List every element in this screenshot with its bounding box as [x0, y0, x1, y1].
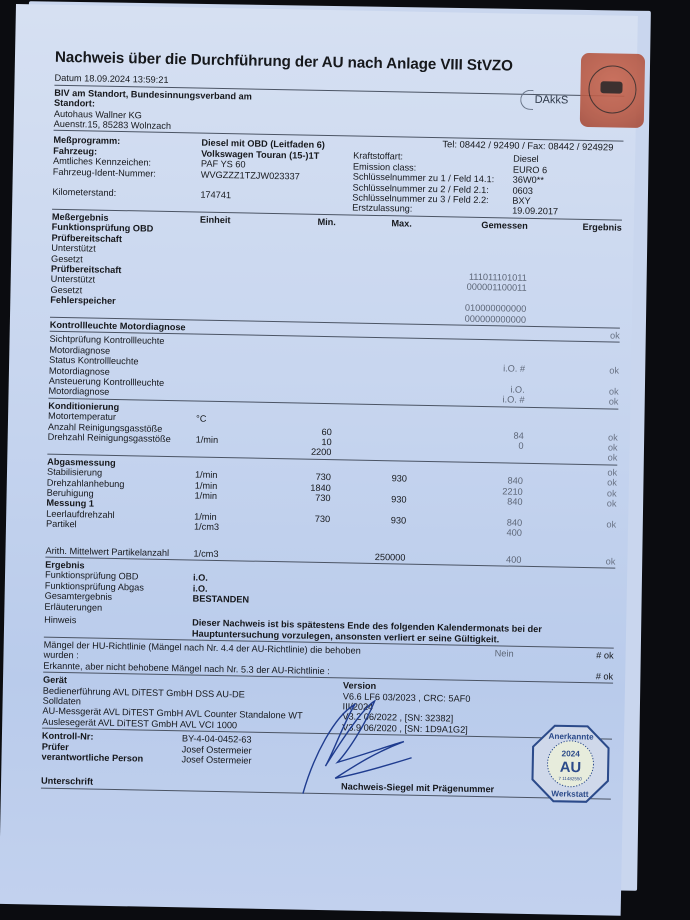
row-unit — [198, 308, 258, 309]
row-measured: i.O. # — [409, 362, 525, 375]
seal-ring-bottom-text: Werkstatt — [551, 789, 589, 799]
row-unit: 1/min — [196, 435, 256, 447]
row-min: 730 — [254, 513, 330, 525]
seal-year: 2024 — [562, 749, 581, 758]
header-min: Min. — [260, 216, 336, 228]
row-result: ok — [524, 395, 618, 407]
approval-sticker — [580, 53, 645, 128]
row-measured — [408, 407, 524, 409]
row-measured: 0 — [408, 439, 524, 452]
row-unit — [198, 337, 258, 338]
fixed-defects-result: # ok — [514, 649, 614, 661]
measurement-table: Funktionsprüfung OBDPrüfbereitschaftUnte… — [46, 222, 622, 540]
row-max: 930 — [330, 514, 406, 526]
document-content: DAkkS Nachweis über die Durchführung der… — [41, 53, 625, 802]
km-label: Kilometerstand: — [52, 187, 200, 200]
row-unit — [196, 403, 256, 404]
header-measured: Gemessen — [412, 219, 528, 232]
footer-section: Kontroll-Nr:BY-4-04-0452-63 PrüferJosef … — [41, 731, 612, 800]
row-result: ok — [523, 451, 617, 463]
row-unit — [198, 322, 258, 323]
row-min: 730 — [254, 492, 330, 504]
row-unit: 1/cm3 — [194, 522, 254, 534]
open-defects-result: # ok — [513, 669, 613, 681]
row-unit — [197, 347, 257, 348]
sticker-car-icon — [600, 81, 622, 93]
row-result: ok — [522, 497, 616, 509]
row-min: 2200 — [255, 446, 331, 458]
vehicle-section: Tel: 08442 / 92490 / Fax: 08442 / 924929… — [52, 133, 623, 218]
row-max — [334, 340, 410, 341]
row-unit — [199, 256, 259, 257]
row-max — [331, 462, 407, 463]
row-measured: 840 — [406, 495, 522, 508]
dakks-logo: DAkkS — [520, 90, 568, 111]
row-max: 930 — [331, 472, 407, 484]
date-value: 18.09.2024 13:59:21 — [84, 74, 168, 86]
row-result — [526, 343, 620, 345]
row-measured — [407, 463, 523, 465]
mean-measured: 400 — [405, 552, 521, 565]
row-result: ok — [526, 329, 620, 341]
seal-code: AU — [560, 760, 582, 776]
header-unit: Einheit — [200, 214, 260, 226]
registration-value: 19.09.2017 — [512, 206, 622, 219]
row-unit — [200, 235, 260, 236]
seal-number: 7 11482550 — [558, 776, 582, 781]
responsible-value: Josef Ostermeier — [181, 754, 251, 766]
mean-result: ok — [521, 554, 615, 566]
row-min — [255, 460, 331, 461]
date-label: Datum — [54, 73, 81, 84]
header-max: Max. — [336, 217, 412, 229]
row-result: ok — [522, 518, 616, 530]
row-measured — [410, 341, 526, 343]
row-result — [524, 410, 618, 412]
row-result: ok — [525, 364, 619, 376]
row-unit: °C — [196, 414, 256, 426]
row-unit — [195, 459, 255, 460]
row-unit — [199, 287, 259, 288]
exhaust-check-value: i.O. — [193, 583, 208, 594]
document-title: Nachweis über die Durchführung der AU na… — [55, 53, 625, 74]
row-min — [258, 338, 334, 339]
signature-scribble — [293, 696, 435, 799]
row-unit — [197, 358, 257, 359]
km-value: 174741 — [200, 190, 352, 203]
overall-result-value: BESTANDEN — [193, 594, 250, 605]
fixed-defects-value: Nein — [374, 646, 514, 659]
row-unit — [199, 266, 259, 267]
row-unit — [198, 298, 258, 299]
row-measured: 000000000000 — [410, 312, 526, 325]
row-max — [334, 325, 410, 326]
row-unit — [199, 277, 259, 278]
row-measured: 000001100011 — [411, 281, 527, 294]
row-min — [256, 404, 332, 405]
version-header: Version — [343, 681, 376, 692]
row-unit: 1/min — [194, 491, 254, 503]
row-max — [332, 406, 408, 407]
row-min — [258, 324, 334, 325]
header-result: Ergebnis — [528, 221, 622, 233]
au-workshop-seal: Anerkannte 2024 AU 7 11482550 Werkstatt — [529, 722, 613, 806]
row-measured: 400 — [406, 526, 522, 539]
row-unit — [197, 379, 257, 380]
seal-ring-top-text: Anerkannte — [548, 732, 594, 742]
hint-label: Hinweis — [44, 615, 192, 628]
mean-unit: 1/cm3 — [193, 548, 253, 560]
document-page: DAkkS Nachweis über die Durchführung der… — [0, 4, 638, 916]
row-max: 930 — [330, 493, 406, 505]
obd-check-value: i.O. — [193, 573, 208, 584]
row-measured: i.O. # — [408, 393, 524, 406]
dakks-text: DAkkS — [535, 94, 569, 107]
row-unit — [197, 368, 257, 369]
dakks-ring-icon — [520, 90, 533, 110]
row-unit — [197, 389, 257, 390]
mean-max: 250000 — [329, 551, 405, 563]
row-unit — [199, 246, 259, 247]
row-measured — [410, 327, 526, 329]
